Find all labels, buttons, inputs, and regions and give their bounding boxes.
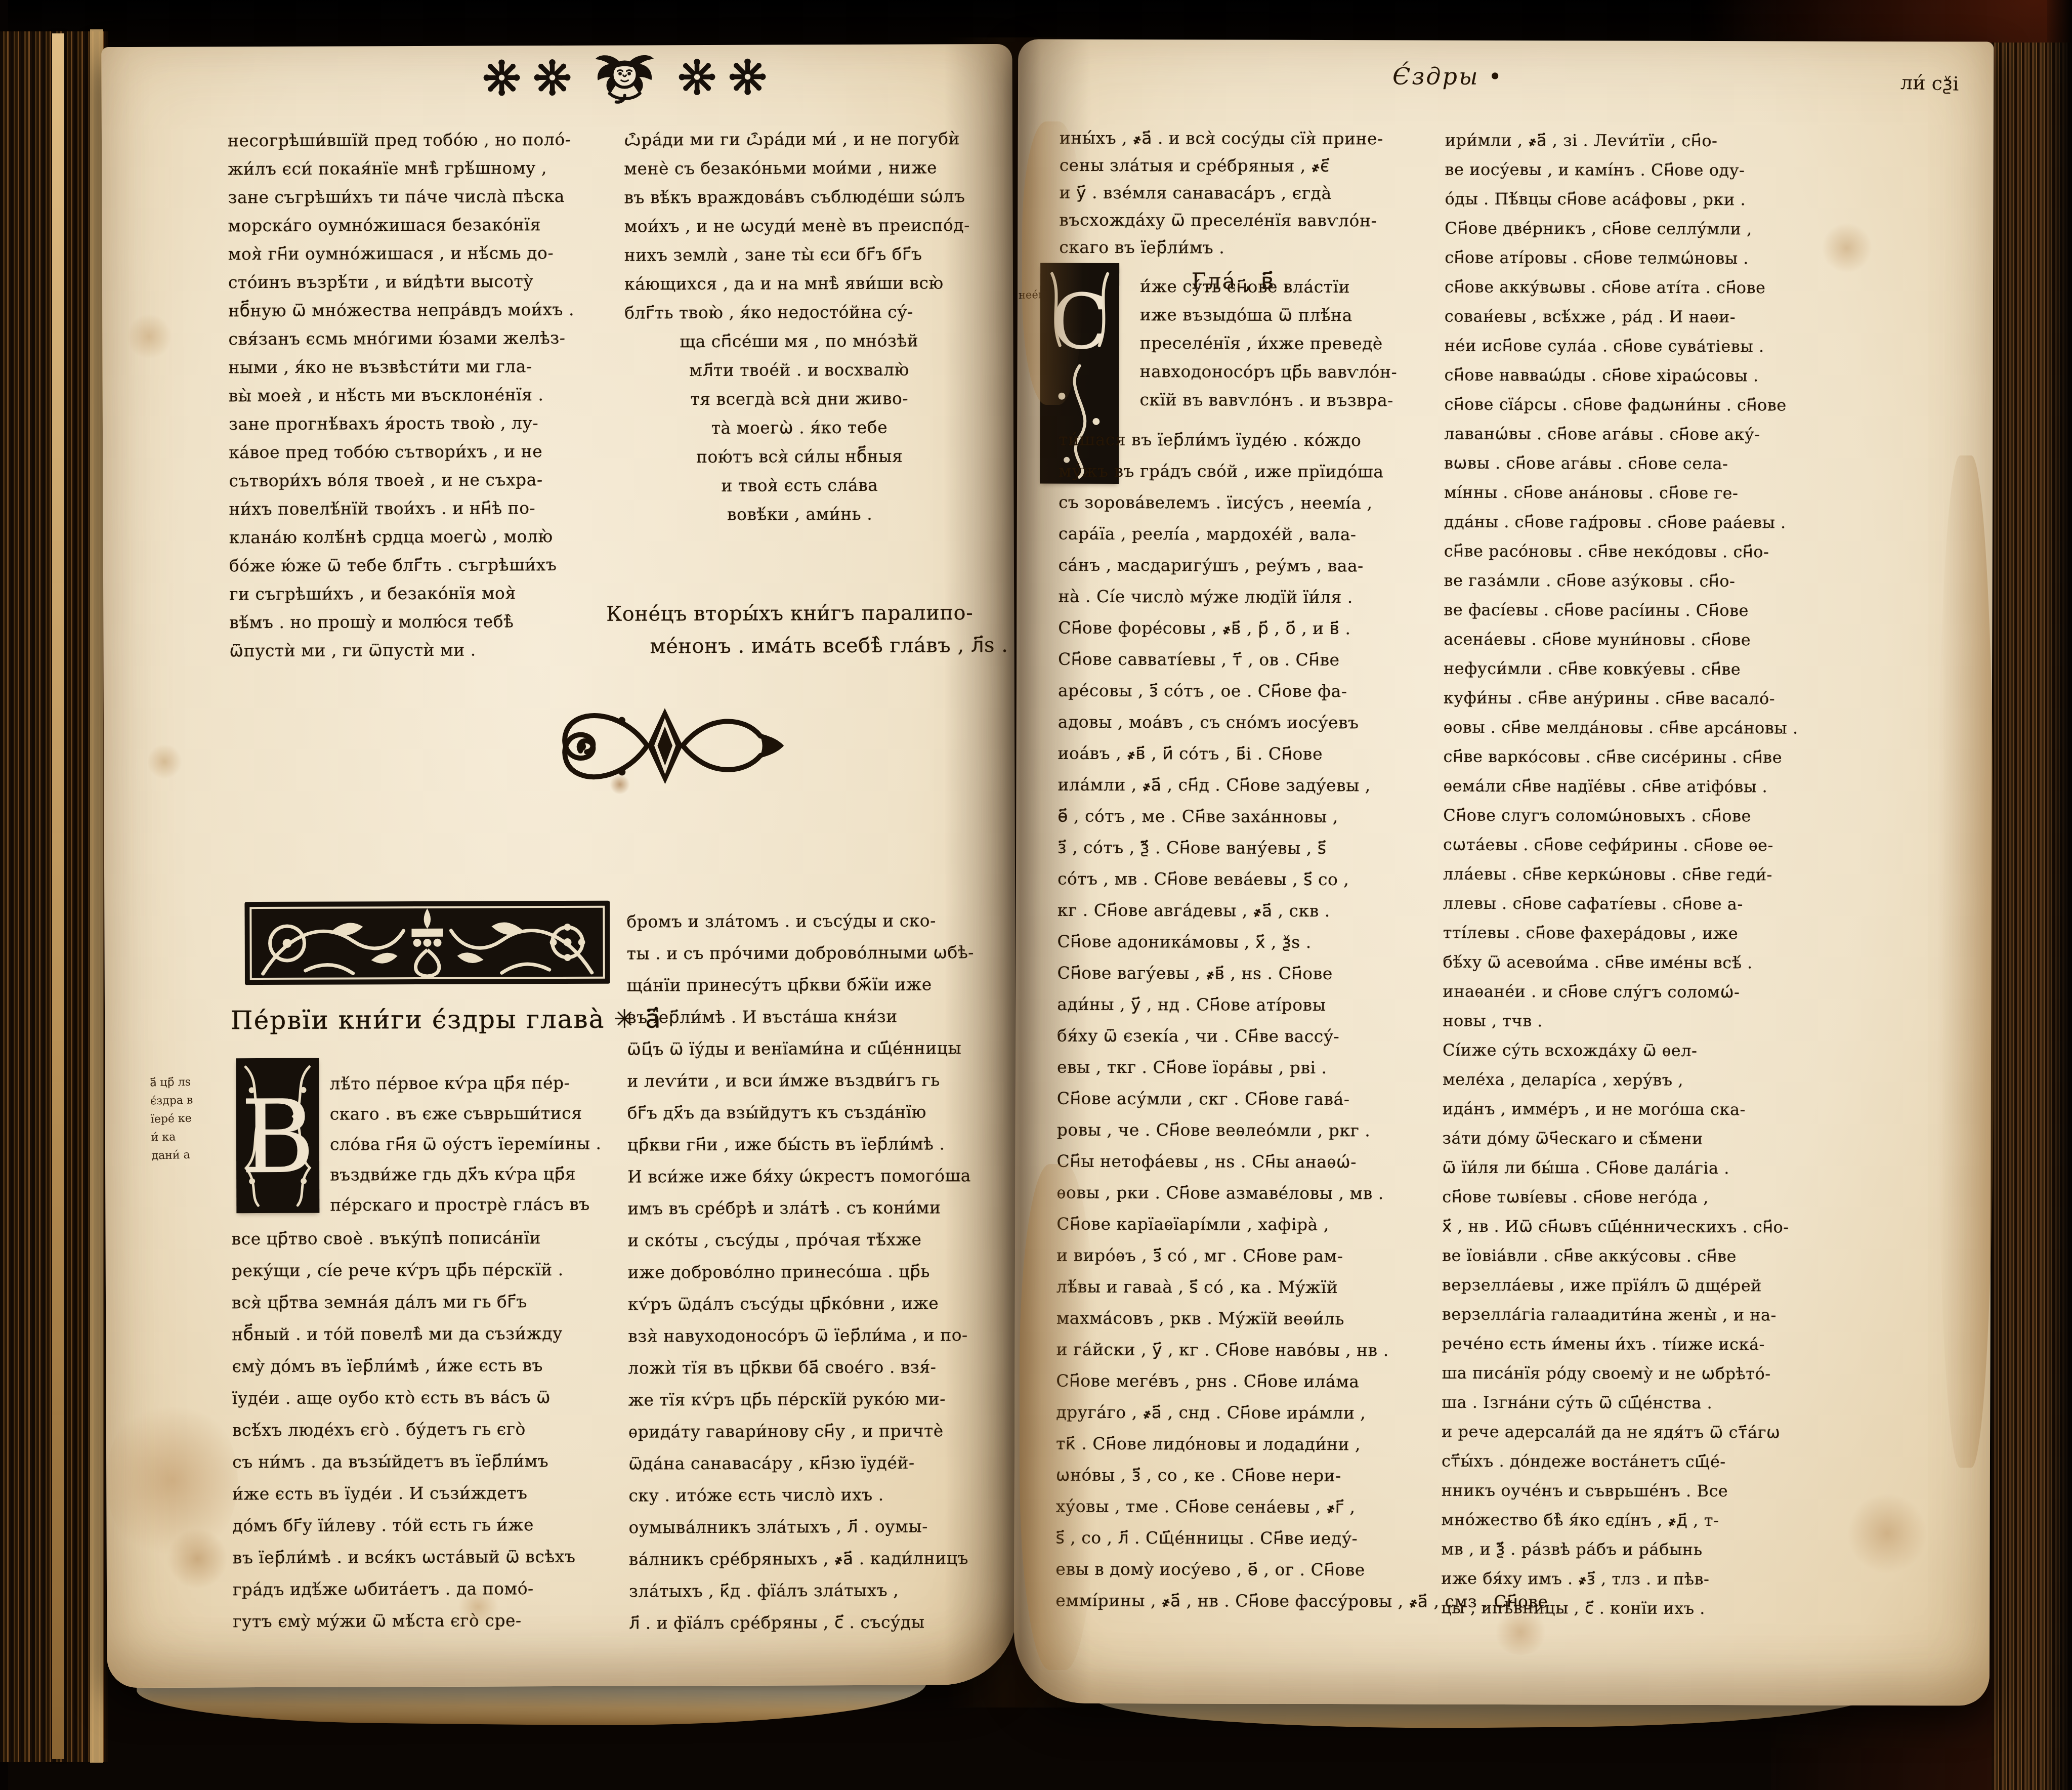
text-line: И вси́же иже бя́ху ѡ́крестъ помого́ша: [627, 1159, 982, 1192]
fleuron-icon: [533, 59, 571, 96]
svg-text:С: С: [1050, 278, 1109, 366]
text-line: Сн҃ове две́рникъ , сн҃ове селлу́мли ,: [1445, 214, 1819, 244]
text-line: до́мъ бг҃у їи́леву . то́й єсть гь и́же: [232, 1509, 627, 1542]
text-line: сн҃ве варко́совы . сн҃ве сисе́рины . сн҃…: [1444, 742, 1818, 772]
text-line: пою́тъ вся̀ си́лы нб҃ныя: [625, 441, 974, 471]
text-line: х҃ , нв . Иѿ сн҃ѡвъ сщ҃е́нническихъ . сн…: [1442, 1212, 1816, 1242]
text-line: Сі́иже су́ть всхожда́ху ѿ ѳел-: [1443, 1035, 1817, 1066]
text-line: еммі́рины , ҂а҃ , нв . Сн҃ове фассу́ровы…: [1055, 1585, 1430, 1617]
ezra-column-1-beside-initial: лѣ́то пе́рвое кѵ́ра цр҃я пе́р-скаго . въ…: [329, 1068, 623, 1221]
text-line: на̀ . Сі́е число̀ му́же людїй їи́ля .: [1058, 581, 1432, 613]
text-line: ве фасі́евы . сн҃ове расі́ины . Сн҃ове: [1444, 595, 1818, 626]
page-edge-highlight: [90, 29, 103, 1763]
text-line: нихъ землѝ , зане ты̀ єси бг҃ъ бг҃ъ: [624, 239, 974, 269]
text-line: не́и исн҃ове сула́а . сн҃ове сува́тіевы …: [1445, 331, 1819, 361]
text-line: верзелла́евы , иже прїя́лъ ѿ дще́рей: [1442, 1270, 1816, 1301]
text-line: сѡта́евы . сн҃ове сефи́рины . сн҃ове ѳе-: [1443, 830, 1817, 860]
text-line: всѣ́хъ люде́хъ єго̀ . бу́детъ гь єго̀: [232, 1413, 627, 1446]
text-line: и ско́ты , съсу́ды , про́чая тѣ́хже: [627, 1223, 982, 1256]
text-line: Сн҃ове меге́въ , рнѕ . Сн҃ове ила́ма: [1056, 1365, 1430, 1398]
right-column-1-beside-initial: и́же су́ть сн҃ове вла́стїииже възыдо́ша …: [1139, 272, 1413, 414]
svg-text:В: В: [240, 1078, 315, 1197]
left-column-1-prayer-text: несогрѣши́вшїй пред тобо́ю , но поло́-жи…: [228, 126, 594, 665]
text-line: вы̀ моея̀ , и нѣ́сть ми въсклоне́нїя .: [229, 381, 593, 410]
text-line: съ зорова́велемъ . їису́съ , неемі́а ,: [1059, 487, 1433, 519]
text-line: ллевы . сн҃ове сафаті́евы . сн҃ове а-: [1443, 889, 1817, 919]
ezra-column-2-text: бромъ и зла́томъ . и съсу́ды и ско-ты . …: [626, 904, 983, 1639]
text-line: вѡвы . сн҃ове ага́вы . сн҃ове села-: [1444, 448, 1819, 479]
text-line: рече́но єсть и́мены и́хъ . ті́иже иска́-: [1442, 1329, 1816, 1359]
text-line: скїй въ вавѵло́нъ . и възвра-: [1139, 386, 1413, 414]
text-line: имъ въ сре́брѣ и зла́тѣ . съ кони́ми: [627, 1191, 982, 1224]
text-line: ѳ҃ , со́тъ , ме . Сн҃ве заха́нновы ,: [1058, 801, 1432, 833]
text-line: иже бя́ху имъ . ҂з҃ , тлз . и пѣв-: [1441, 1564, 1815, 1594]
text-line: цр҃кви гн҃и , иже бы́сть въ їер҃ли́мѣ .: [627, 1128, 982, 1160]
text-line: мі́нны . сн҃ове ана́новы . сн҃ове ге-: [1444, 478, 1819, 508]
text-line: є́здра в: [150, 1090, 236, 1110]
text-line: з҃ , со́тъ , ѯ҃ . Сн҃ове вану́евы , ѕ҃: [1058, 832, 1432, 864]
text-line: ша . Ізгна́ни су́ть ѿ сщ҃е́нства .: [1442, 1388, 1816, 1418]
text-line: и твоя̀ єсть сла́ва: [625, 470, 974, 500]
text-line: а҃ цр҃ лѕ: [150, 1072, 236, 1092]
text-line: ст҃ы́хъ . до́ндеже воста́нетъ сщ҃е́-: [1442, 1446, 1816, 1477]
text-line: преселе́нїя , и́хже преведѐ: [1140, 329, 1413, 358]
text-line: оумыва́лникъ зла́тыхъ , л҃ . оумы-: [628, 1510, 983, 1543]
text-line: зане съгрѣши́хъ ти па́че числа̀ пѣска: [228, 182, 592, 212]
text-line: сн҃ове аті́ровы . сн҃ове телмѡ́новы .: [1445, 243, 1819, 273]
text-line: ѳовы , рки . Сн҃ове азмаве́ловы , мв .: [1056, 1177, 1431, 1210]
text-line: въсхожда́ху ѿ преселе́нїя вавѵло́н-: [1059, 206, 1423, 235]
text-line: ложѝ тїя въ цр҃кви ба҃ свое́го . взя́-: [628, 1351, 982, 1384]
text-line: мл҃ти твое́й . и восхвалю̀: [624, 355, 974, 385]
fleuron-icon: [678, 58, 715, 96]
text-line: и́ ка: [151, 1127, 237, 1147]
text-line: тк҃ . Сн҃ове лидо́новы и лодади́ни ,: [1056, 1428, 1430, 1461]
text-line: л҃ . и фїа́лъ сре́бряны , с҃ . съсу́ды: [629, 1606, 983, 1639]
text-line: нб҃ный . и то́й повелѣ̀ ми да съзи́жду: [232, 1317, 626, 1351]
text-line: несогрѣши́вшїй пред тобо́ю , но поло́-: [228, 126, 592, 155]
text-line: ве иосу́евы , и камі́нъ . Сн҃ове оду-: [1445, 155, 1820, 185]
text-line: и виро́ѳъ , з҃ со́ , мг . Сн҃ове рам-: [1056, 1240, 1431, 1272]
text-line: сн҃ове акку́вѡвы . сн҃ове аті́та . сн҃ов…: [1445, 272, 1819, 303]
text-line: свя́занъ єсмь мно́гими ю́зами желѣз-: [228, 324, 593, 354]
text-line: лла́евы . сн҃ве керкѡ́новы . сн҃ве геди́…: [1443, 859, 1817, 890]
text-line: ты . и съ про́чими доброво́лными ѡбѣ-: [626, 936, 981, 969]
text-line: сътвори́хъ во́ля твоея̀ , и не съхра-: [229, 466, 593, 495]
text-line: Сн҃ы нетофа́евы , нѕ . Сн҃ы анаѳѡ́-: [1056, 1146, 1431, 1178]
text-line: мои́хъ , и не ѡсуди́ менѐ въ преиспо́д-: [624, 211, 973, 240]
text-line: лаванѡ́вы . сн҃ове ага́вы . сн҃ове аку́-: [1444, 419, 1819, 449]
text-line: дда́ны . сн҃ове гад́ровы . сн҃ове раа́ев…: [1444, 507, 1819, 537]
text-line: о́ды . Пѣ́вцы сн҃ове аса́фовы , рки .: [1445, 184, 1819, 215]
text-line: навходоносо́ръ цр҃ь вавѵло́н-: [1140, 357, 1413, 386]
text-line: ири́мли , ҂а҃ , зі . Леѵи́тїи , сн҃о-: [1445, 126, 1820, 156]
text-line: Коне́цъ вторы́хъ кни́гъ паралипо-: [606, 597, 1011, 631]
text-line: съ ни́мъ . да възы́йдетъ въ їер҃ли́мъ: [232, 1445, 627, 1478]
text-line: сара́їа , реелі́а , мардохе́й , вала-: [1059, 518, 1433, 551]
text-line: ску . ито́же єсть число̀ ихъ .: [628, 1478, 983, 1511]
text-line: лѣ́то пе́рвое кѵ́ра цр҃я пе́р-: [329, 1068, 623, 1099]
text-line: Сн҃ове форе́совы , ҂в҃ , р҃ , о҃ , и в҃ …: [1058, 612, 1432, 645]
text-line: ади́ны , у҃ , нд . Сн҃ове аті́ровы: [1057, 989, 1431, 1021]
text-line: лѣ́вы и гаваа̀ , ѕ҃ со́ , ка . Му́жїй: [1056, 1271, 1431, 1304]
cherub-head-icon: [584, 51, 665, 104]
headpiece-fleuron-row: [483, 48, 766, 107]
right-column-2-census-list: ири́мли , ҂а҃ , зі . Леѵи́тїи , сн҃о-ве …: [1441, 126, 1820, 1624]
colophon-end-of-book: Коне́цъ вторы́хъ кни́гъ паралипо-ме́нонъ…: [606, 597, 1011, 663]
text-line: ве газа́мли . сн҃ове азу́ковы . сн҃о-: [1444, 566, 1818, 596]
woodcut-initial-letter: В: [237, 1060, 318, 1212]
text-line: сован́евы , всѣ́хже , ра́д . И наѳи-: [1445, 302, 1819, 332]
text-line: ѕ҃ , со , л҃ . Сщ҃е́нницы . Сн҃ве иеду́-: [1055, 1522, 1430, 1555]
text-line: бя́ху ѿ єзекі́а , чи . Сн҃ве вассу́-: [1057, 1020, 1431, 1053]
text-line: въ вѣ́къ враждова́въ съблюде́ши ѕѡ́лъ: [624, 182, 973, 212]
text-line: Сн҃ове савваті́евы , т҃ , ов . Сн҃ве: [1058, 644, 1432, 676]
text-line: ными , я́ко не възвѣсти́ти ми гла-: [228, 352, 593, 382]
text-line: мно́жество бѣ̀ я́ко єді́нъ , ҂д҃ , т-: [1442, 1505, 1816, 1535]
text-line: морска́го оумно́жишася безако́нїя: [228, 211, 592, 240]
text-line: їере́ ке: [150, 1108, 237, 1129]
left-page: несогрѣши́вшїй пред тобо́ю , но поло́-жи…: [101, 44, 1018, 1688]
text-line: моя̀ гн҃и оумно́жишася , и нѣ́смь до-: [228, 239, 593, 269]
text-line: са́нъ , масдаригу́шъ , реу́мъ , ваа-: [1059, 550, 1433, 582]
text-line: Сн҃ове слугъ соломѡ́новыхъ . сн҃ове: [1443, 801, 1817, 831]
text-line: вся̀ цр҃тва земна́я да́лъ ми гь бг҃ъ: [232, 1285, 626, 1319]
text-line: ти́шася въ їер҃ли́мъ їуде́ю . ко́ждо: [1059, 424, 1433, 456]
text-line: иоа́въ , ҂в҃ , и҃ со́тъ , в҃і . Сн҃ове: [1058, 738, 1432, 770]
text-line: нб҃ную ѿ мно́жества непра́вдъ мои́хъ .: [228, 296, 593, 325]
text-line: Сн҃ове вагу́евы , ҂в҃ , нѕ . Сн҃ове: [1057, 958, 1431, 990]
text-line: блг҃ть твою̀ , я́ко недосто́йна су́-: [624, 297, 974, 327]
text-line: ме́нонъ . има́ть всебѣ̀ гла́въ , л҃ѕ .: [606, 629, 1011, 663]
text-line: и́же су́ть сн҃ове вла́стїи: [1140, 272, 1413, 301]
text-line: въ їер҃ли́мѣ . И въста́ша кня́зи: [627, 1000, 981, 1033]
text-line: скаго . въ єже съврьши́тися: [330, 1098, 623, 1130]
text-line: верзелла́гіа галаадити́на жены̀ , и на-: [1442, 1300, 1816, 1330]
left-column-2-prayer-text: ѽра́ди ми ги ѽра́ди ми́ , и не погубѝмен…: [624, 124, 975, 529]
text-line: асена́евы . сн҃ове муни́новы . сн҃ове: [1444, 625, 1818, 655]
text-line: жи́лъ єси́ покая́нїе мнѣ̀ грѣ́шному ,: [228, 154, 592, 184]
text-line: бо́же ю́же ѿ тебе блг҃ть . съгрѣши́хъ: [229, 551, 594, 580]
text-line: зла́тыхъ , к҃д . фїа́лъ зла́тыхъ ,: [629, 1574, 983, 1607]
text-line: ѳовы . сн҃ве мелда́новы . сн҃ве арса́нов…: [1444, 713, 1818, 743]
page-edge-highlight: [52, 33, 64, 1759]
text-line: цы , ипѣ́вницы , с҃ . конїи ихъ .: [1441, 1593, 1815, 1624]
text-line: пе́рскаго и прострѐ гла́съ въ: [330, 1189, 623, 1221]
text-line: ѳрида́ту гавари́нову сн҃у , и причтѐ: [628, 1414, 983, 1447]
text-line: ѿ їи́ля ли бы́ша . Сн҃ове дала́гіа .: [1442, 1153, 1816, 1183]
text-line: кѵ́ръ ѿда́лъ съсу́ды цр҃ко́вни , иже: [628, 1287, 982, 1320]
text-line: инаѳане́и . и сн҃ове слу́гъ соломѡ́-: [1443, 977, 1817, 1007]
text-line: Сн҃ове адоника́мовы , х҃ , ѯѕ .: [1058, 926, 1432, 959]
text-line: сн҃ове сїа́рсы . сн҃ове фадѡни́ны . сн҃о…: [1444, 390, 1819, 420]
text-line: гутъ єму̀ му́жи ѿ мѣ́ста єго̀ сре-: [233, 1604, 627, 1638]
text-line: тя всегда̀ вся̀ дни живо-: [625, 384, 974, 413]
text-line: їуде́и . аще оубо кто̀ єсть въ ва́съ ѿ: [232, 1381, 627, 1414]
ezra-column-1-text: все цр҃тво своѐ . въку́пѣ пописа́нїиреку…: [231, 1222, 627, 1638]
text-line: ровы , че . Сн҃ове веѳлео́мли , ркг .: [1057, 1114, 1431, 1147]
text-line: и рече адерсала́й да не ядя́тъ ѿ ст҃а́гѡ: [1442, 1417, 1816, 1447]
woodcut-headpiece-ornament: [244, 899, 610, 987]
text-line: ху́овы , тме . Сн҃ове сена́евы , ҂г҃ ,: [1056, 1491, 1430, 1523]
text-line: евы в дому̀ иосу́ево , ѳ҃ , ог . Сн҃ове: [1055, 1554, 1430, 1586]
text-line: и га́йски , у҃ , кг . Сн҃ове наво́вы , н…: [1056, 1334, 1430, 1366]
text-line: евы , ткг . Сн҃ове їора́вы , рві .: [1057, 1052, 1431, 1084]
text-line: и у҃ . взе́мля санаваса́ръ , єгда̀: [1059, 179, 1423, 207]
text-line: махма́совъ , ркв . Му́жїй веѳи́ль: [1056, 1303, 1431, 1335]
text-line: ѡно́вы , з҃ , со , ке . Сн҃ове нери-: [1056, 1460, 1430, 1492]
text-line: въздви́же гдь дх҃ъ кѵ́ра цр҃я: [330, 1159, 623, 1190]
text-line: же тїя кѵ́ръ цр҃ь пе́рскїй руко́ю ми-: [628, 1383, 983, 1416]
text-line: ѿда́на санаваса́ру , кн҃зю їуде́й-: [628, 1446, 983, 1479]
text-line: сн҃ове навваѡ́ды . сн҃ове хіраѡ́совы .: [1444, 360, 1819, 391]
book-title-first-ezra: Пе́рвїи кни́ги є́здры глава̀ ✳ а҃: [231, 1005, 630, 1035]
text-line: ве їовіа́вли . сн҃ве акку́совы . сн҃ве: [1442, 1241, 1816, 1271]
text-line: Сн҃ове асу́мли , скг . Сн҃ове гава́-: [1057, 1083, 1431, 1115]
marginal-cross-references: а҃ цр҃ лѕє́здра вїере́ кеи́ кадани́ а: [150, 1072, 238, 1165]
text-line: та̀ моегѡ̀ . я́ко тебе: [625, 412, 974, 442]
text-line: ѿпустѝ ми , ги ѿпустѝ ми .: [229, 636, 594, 665]
text-line: ка́ющихся , да и на мнѣ̀ яви́ши всю̀: [624, 268, 974, 298]
text-line: гра́дъ идѣ́же ѡбита́етъ . да помо́-: [233, 1572, 627, 1606]
fleuron-icon: [729, 58, 766, 96]
text-line: нефуси́мли . сн҃ве ковку́евы . сн҃ве: [1444, 654, 1818, 684]
running-header: Є́здры •: [1392, 62, 1625, 90]
text-line: зане прогнѣ́вахъ я́рость твою̀ , лу-: [229, 409, 593, 439]
fleuron-icon: [483, 59, 520, 96]
text-line: все цр҃тво своѐ . въку́пѣ пописа́нїи: [231, 1222, 626, 1255]
text-line: аре́совы , з҃ со́тъ , ое . Сн҃ове фа-: [1058, 675, 1432, 707]
text-line: иже възыдо́ша ѿ плѣ́на: [1140, 301, 1413, 329]
text-line: кг . Сн҃ове авга́девы , ҂а҃ , скв .: [1058, 895, 1432, 927]
text-line: сто́инъ възрѣ́ти , и ви́дѣти высоту̀: [228, 267, 593, 297]
text-line: бромъ и зла́томъ . и съсу́ды и ско-: [626, 904, 981, 937]
text-line: новы , тчв .: [1443, 1006, 1817, 1036]
text-line: ва́лникъ сре́бряныхъ , ҂а҃ . кади́лницъ: [629, 1542, 983, 1575]
arabesque-divider-ornament: [546, 693, 784, 798]
text-line: ща́нїи принесу́тъ цр҃кви бж҃їи иже: [627, 968, 981, 1001]
text-line: вѣ́мъ . но прошу̀ и молю́ся тебѣ̀: [229, 607, 594, 637]
text-line: клана́ю колѣ́нѣ срдца моегѡ̀ , молю̀: [229, 522, 594, 552]
text-line: менѐ съ безако́ньми мои́ми , ниже: [624, 153, 973, 183]
text-line: дани́ а: [151, 1145, 238, 1165]
text-line: бѣ́ху ѿ асевои́ма . сн҃ве име́ны всѣ́ .: [1443, 947, 1817, 978]
text-line: ѽра́ди ми ги ѽра́ди ми́ , и не погубѝ: [624, 124, 973, 154]
photo-of-open-antique-book: { "colors": { "paper": "#efe3cc", "ink":…: [0, 0, 2072, 1790]
text-line: друга́го , ҂а҃ , снд . Сн҃ове ира́мли ,: [1056, 1397, 1430, 1429]
text-line: сло́ва гн҃я ѿ оу́стъ їеремі́ины .: [330, 1129, 623, 1160]
text-line: ѳема́ли сн҃ве надїе́вы . сн҃ве атіфо́вы …: [1443, 771, 1817, 802]
text-line: реку́щи , сі́е рече кѵ́ръ цр҃ь пе́рскїй …: [232, 1254, 626, 1287]
text-line: сн҃ове тѡві́евы . сн҃ове него́да ,: [1442, 1182, 1816, 1213]
text-line: єму̀ до́мъ въ їер҃ли́мѣ , и́же єсть въ: [232, 1349, 626, 1383]
text-line: ни́хъ повелѣ́нїй твои́хъ . и нн҃ѣ по-: [229, 494, 593, 524]
folio-number: ли́ сѯі: [1900, 71, 2033, 97]
text-line: ила́мли , ҂а҃ , сн҃д . Сн҃ове заду́евы ,: [1058, 769, 1432, 802]
text-line: сены зла́тыя и сре́бряныя , ҂є҃: [1060, 152, 1424, 180]
book-edge-shadow: [2047, 0, 2072, 1790]
text-line: и́же єсть въ їуде́и . И съзи́ждетъ: [232, 1477, 627, 1510]
text-line: и леѵи́ти , и вси и́мже въздви́гъ гь: [627, 1064, 981, 1097]
text-line: ги съгрѣши́хъ , и безако́нїя моя̀: [229, 579, 594, 609]
right-page: Є́здры • ли́ сѯі ины́хъ , ҂а҃ . и вся̀ с…: [1014, 39, 1994, 1705]
text-line: куфи́ны . сн҃ве ану́рины . сн҃ве васало́…: [1444, 683, 1818, 714]
text-line: ща сп҃се́ши мя , по мно́зѣй: [624, 326, 974, 356]
text-line: вовѣ́ки , ами́нь .: [625, 499, 974, 529]
right-column-1-top-text: ины́хъ , ҂а҃ . и вся̀ сосу́ды сїя̀ прине…: [1059, 124, 1424, 262]
text-line: иже доброво́лно принесо́ша . цр҃ь: [628, 1255, 982, 1288]
text-line: му́жъ въ гра́дъ сво́й , иже прїидо́ша: [1059, 455, 1433, 488]
text-line: бг҃ъ дх҃ъ да взы́йдутъ къ създа́нїю: [627, 1096, 982, 1129]
text-line: мв , и ѯ҃ . ра́звѣ ра́бъ и ра́бынь: [1441, 1534, 1815, 1565]
text-line: ша писа́нїя ро́ду своему̀ и не ѡбрѣто́-: [1442, 1358, 1816, 1389]
text-line: Сн҃ове карїаѳїарі́мли , хафіра̀ ,: [1056, 1209, 1431, 1241]
text-line: за́ти до́му ѿч҃ескаго и сѣ́мени: [1443, 1123, 1817, 1154]
text-line: ка́вое пред тобо́ю сътвори́хъ , и не: [229, 437, 593, 467]
text-line: ѿц҃ъ ѿ їу́ды и венїами́на и сщ҃е́нницы: [627, 1032, 981, 1065]
text-line: тті́левы . сн҃ове фахера́довы , иже: [1443, 918, 1817, 948]
text-line: въ їер҃ли́мѣ . и вся́къ ѡста́вый ѿ всѣхъ: [233, 1541, 627, 1574]
text-line: меле́ха , деларі́са , херу́въ ,: [1443, 1065, 1817, 1095]
text-line: скаго въ їер҃ли́мъ .: [1059, 234, 1423, 262]
text-line: ины́хъ , ҂а҃ . и вся̀ сосу́ды сїя̀ прине…: [1060, 124, 1424, 153]
text-line: адовы , моа́въ , съ сно́мъ иосу́евъ: [1058, 706, 1432, 739]
text-line: нникъ оуче́нъ и съврьше́нъ . Все: [1442, 1476, 1816, 1506]
text-line: взя̀ навуходоносо́ръ ѿ їер҃ли́ма , и по-: [628, 1319, 982, 1352]
text-line: со́тъ , мв . Сн҃ове вева́евы , ѕ҃ со ,: [1058, 863, 1432, 896]
text-line: ида́нъ , имме́ръ , и не мого́ша ска-: [1443, 1094, 1817, 1125]
text-line: сн҃ве расо́новы . сн҃ве неко́довы . сн҃о…: [1444, 536, 1819, 567]
right-column-1-census-list: ти́шася въ їер҃ли́мъ їуде́ю . ко́ждому́ж…: [1055, 424, 1433, 1617]
